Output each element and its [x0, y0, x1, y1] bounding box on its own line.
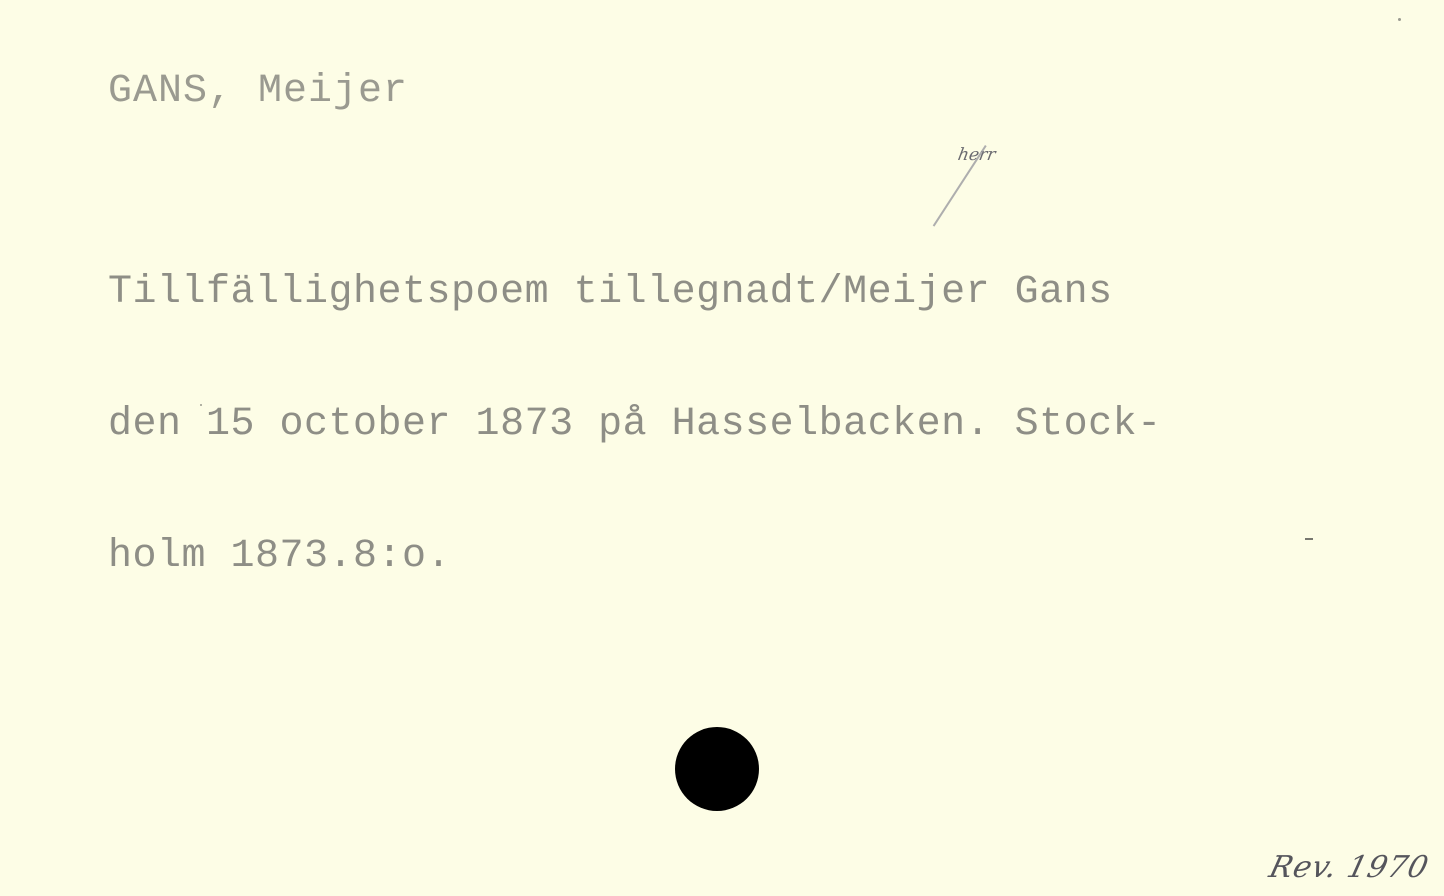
card-heading: GANS, Meijer [108, 68, 408, 116]
catalog-card: GANS, Meijer herr Tillfällighetspoem til… [0, 0, 1444, 896]
body-line-3: holm 1873.8:o. [108, 535, 1162, 579]
body-line-1: Tillfällighetspoem tillegnadt/Meijer Gan… [108, 271, 1162, 315]
body-line-2: den 15 october 1873 på Hasselbacken. Sto… [108, 403, 1162, 447]
punch-hole-icon [675, 727, 759, 811]
revision-note: Rev. 1970 [1266, 850, 1433, 885]
paper-speck [200, 404, 202, 406]
handwritten-insertion: herr [956, 145, 997, 165]
card-body: Tillfällighetspoem tillegnadt/Meijer Gan… [108, 183, 1162, 667]
paper-speck [1398, 18, 1401, 21]
stray-mark [1305, 538, 1313, 540]
